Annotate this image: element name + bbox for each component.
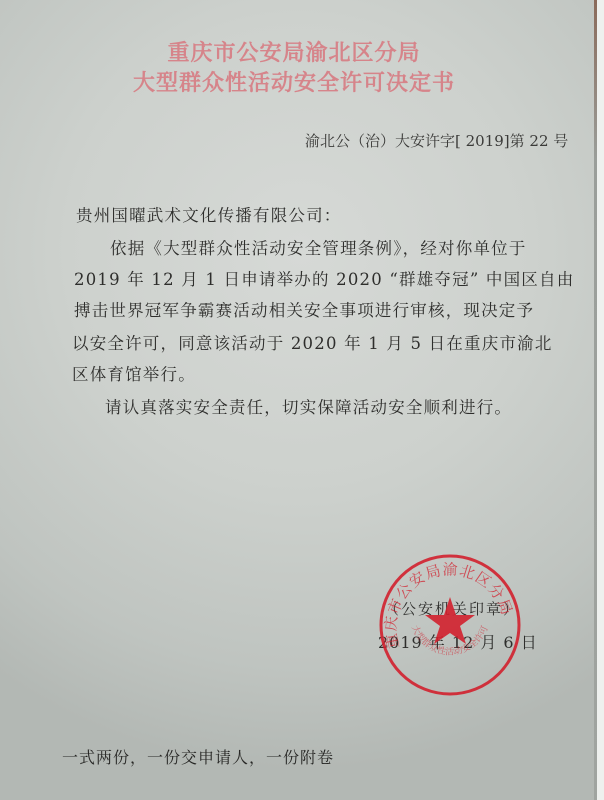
signature-date: 2019 年 12 月 6 日 — [378, 630, 538, 653]
body-line: 搏击世界冠军争霸赛活动相关安全事项进行审核，现决定予 — [74, 297, 534, 321]
copies-note: 一式两份，一份交申请人，一份附卷 — [62, 745, 334, 768]
issuing-authority-title: 重庆市公安局渝北区分局 — [0, 36, 596, 67]
page-margin — [597, 0, 604, 800]
addressee: 贵州国曜武术文化传播有限公司： — [76, 202, 342, 226]
body-line: 请认真落实安全责任，切实保障活动安全顺利进行。 — [105, 394, 512, 418]
body-line: 以安全许可，同意该活动于 2020 年 1 月 5 日在重庆市渝北 — [72, 330, 553, 354]
body-line: 区体育馆举行。 — [72, 361, 196, 385]
signature-label: （公安机关印章） — [384, 598, 520, 619]
body-line: 2019 年 12 月 1 日申请举办的 2020 “群雄夺冠” 中国区自由 — [74, 266, 574, 290]
document-number: 渝北公（治）大安许字[ 2019]第 22 号 — [305, 130, 568, 151]
document-title: 大型群众性活动安全许可决定书 — [0, 66, 596, 97]
body-line: 依据《大型群众性活动安全管理条例》，经对你单位于 — [110, 235, 527, 259]
